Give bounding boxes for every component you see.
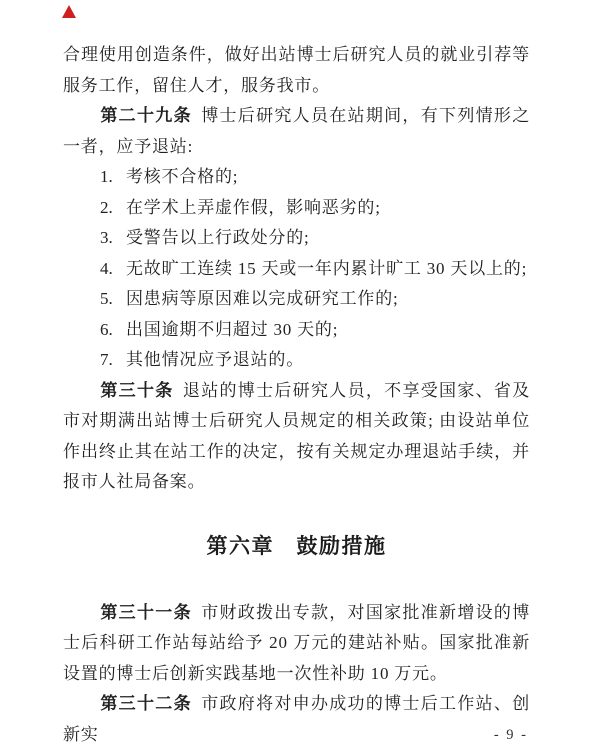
document-body: 合理使用创造条件，做好出站博士后研究人员的就业引荐等服务工作，留住人才，服务我市…: [63, 0, 530, 750]
list-item: 1.考核不合格的;: [63, 162, 530, 193]
article-32-label: 第三十二条: [100, 694, 191, 713]
list-item-text: 在学术上弄虚作假，影响恶劣的;: [126, 198, 381, 217]
list-item-number: 2.: [100, 193, 114, 224]
paragraph-article-29: 第二十九条博士后研究人员在站期间，有下列情形之一者，应予退站:: [63, 101, 530, 162]
list-item-number: 6.: [100, 315, 114, 346]
paragraph-article-30: 第三十条退站的博士后研究人员，不享受国家、省及市对期满出站博士后研究人员规定的相…: [63, 376, 530, 498]
list-item-number: 1.: [100, 162, 114, 193]
list-item-text: 其他情况应予退站的。: [126, 350, 304, 369]
list-item-text: 受警告以上行政处分的;: [126, 228, 310, 247]
list-item: 6.出国逾期不归超过 30 天的;: [63, 315, 530, 346]
list-item-text: 考核不合格的;: [126, 167, 238, 186]
article-29-label: 第二十九条: [100, 106, 191, 125]
list-item: 3.受警告以上行政处分的;: [63, 223, 530, 254]
list-item-number: 7.: [100, 345, 114, 376]
list-item: 5.因患病等原因难以完成研究工作的;: [63, 284, 530, 315]
list-item: 2.在学术上弄虚作假，影响恶劣的;: [63, 193, 530, 224]
list-item: 7.其他情况应予退站的。: [63, 345, 530, 376]
list-item: 4.无故旷工连续 15 天或一年内累计旷工 30 天以上的;: [63, 254, 530, 285]
list-item-number: 3.: [100, 223, 114, 254]
list-item-text: 因患病等原因难以完成研究工作的;: [126, 289, 399, 308]
paragraph-article-31: 第三十一条市财政拨出专款，对国家批准新增设的博士后科研工作站每站给予 20 万元…: [63, 598, 530, 690]
list-item-number: 4.: [100, 254, 114, 285]
chapter-heading: 第六章 鼓励措施: [63, 532, 530, 562]
article-31-label: 第三十一条: [100, 603, 191, 622]
document-page: 合理使用创造条件，做好出站博士后研究人员的就业引荐等服务工作，留住人才，服务我市…: [0, 0, 590, 756]
page-number: - 9 -: [494, 727, 528, 744]
article-30-label: 第三十条: [100, 381, 173, 400]
list-item-text: 出国逾期不归超过 30 天的;: [126, 320, 338, 339]
list-item-number: 5.: [100, 284, 114, 315]
paragraph-article-32: 第三十二条市政府将对申办成功的博士后工作站、创新实: [63, 689, 530, 750]
intro-paragraph: 合理使用创造条件，做好出站博士后研究人员的就业引荐等服务工作，留住人才，服务我市…: [63, 40, 530, 101]
list-item-text: 无故旷工连续 15 天或一年内累计旷工 30 天以上的;: [126, 259, 527, 278]
